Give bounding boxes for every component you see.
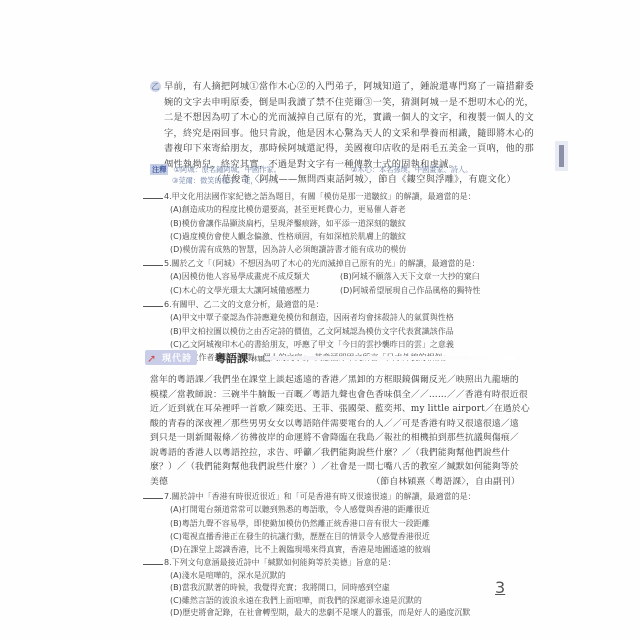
option-b: (B)阿城不願落入天下文章一大抄的窠臼 [340, 270, 510, 283]
note-item: ②木心：本名孫璞，中國畫家、詩人。 [351, 165, 472, 174]
question-stem: 甲文化用法國作家紀德之語為題目，有關「模仿是那一道皺紋」的解讀，最適當的是： [172, 192, 476, 201]
question-stem: 有關甲、乙二文的文意分析，最適當的是： [172, 300, 324, 309]
option-a: (A)因模仿他人容易學成畫虎不成反類犬 [170, 270, 340, 283]
annotation-notes: 注釋 ①阿城：原名鍾阿城，中國作家。 ②木心：本名孫璞，中國畫家、詩人。 ③莞爾… [150, 164, 472, 186]
note-item: ③莞爾：微笑的樣子。莞，ㄨㄢˇ。 [172, 176, 283, 185]
poem-line: 酸的青春的深夜裡／那些男男女女以粵語陪伴需要電台的人／／可是香港有時又很遠很遠／… [150, 417, 520, 432]
poem-line: 麼？）／（我們能夠幫他我們說些什麼？）／社會是一間七嘴八舌的教室／緘默如何能夠等… [150, 460, 520, 475]
question-stem: 關於詩中「香港有時很近很近」和「可是香港有時又很遠很遠」的解讀，最適當的是： [172, 492, 476, 501]
passage-line: 二是不想因為叨了木心的光而滅掉自己原有的光，實識一個人的文字，和複製一個人的文 [150, 110, 520, 126]
option-c: (C)過度模仿會使人觀念偏激、性格頑固，有如深植於肌膚上的皺紋 [143, 230, 476, 243]
passage-line: 書複印下來寄給朋友，那時候阿城還記得，美國複印店收的是兩毛五美金一頁吶，他的那 [150, 141, 520, 157]
option-d: (D)歷史將會記錄，在社會轉型期，最大的悲劇不是壞人的囂張，而是好人的過度沉默 [143, 607, 470, 620]
answer-blank[interactable] [143, 564, 163, 565]
poem-title: 粵語課 [215, 350, 248, 366]
poem-line: 當年的粵語課／我們坐在課堂上談起遙遠的香港／黑卸的方框眼鏡偶爾反光／映照出九龍塘… [150, 373, 520, 388]
side-tab-marker [559, 145, 564, 167]
poem-line: 說粵語的香港人以粵語控拉，求告、呼籲／我們能夠說些什麼？／（我們能夠幫他們說些什 [150, 446, 520, 461]
page-number: 3 [495, 578, 505, 597]
question-4: 4.甲文化用法國作家紀德之語為題目，有關「模仿是那一道皺紋」的解讀，最適當的是：… [143, 190, 476, 256]
option-a: (A)甲文中覃子豪認為作詩應避免模仿和創造，因兩者均會抹殺詩人的氣質與性格 [143, 311, 454, 324]
option-d: (D)模仿需有成熟的智慧，因為詩人必須飽讀詩書才能有成功的模仿 [143, 243, 476, 256]
option-a: (A)打開電台頻道常常可以聽到熟悉的粵語歌，令人感覺與香港的距離很近 [143, 503, 476, 516]
poem-line: 到只是一則新聞報條／彷彿彼岸的命運將不會降臨在我島／報社的相機拍到那些抗議與傷痕… [150, 431, 520, 446]
answer-blank[interactable] [143, 306, 163, 307]
option-b: (B)模仿會讓作品顯淡扁朽，呈現斧鑿痕跡，如平添一道深刻的皺紋 [143, 217, 476, 230]
answer-blank[interactable] [143, 498, 163, 499]
answer-blank[interactable] [143, 265, 163, 266]
question-7: 7.關於詩中「香港有時很近很近」和「可是香港有時又很遠很遠」的解讀，最適當的是：… [143, 490, 476, 556]
note-item: ①阿城：原名鍾阿城，中國作家。 [174, 164, 349, 175]
question-stem: 關於乙文「（阿城）不想因為叨了木心的光而滅掉自己原有的光」的解讀，最適當的是： [172, 259, 480, 268]
option-b: (B)甲文柏拉圖以模仿之由否定詩的價值，乙文阿城認為模仿文字代表賞識該作品 [143, 325, 454, 338]
option-b: (B)當我沉默著的時候，我覺得充實；我將開口，同時感到空虛 [143, 582, 470, 595]
option-a: (A)創造成功的程度比模仿還要高，甚至更耗費心力，更易催人蒼老 [143, 203, 476, 216]
poem-body: 當年的粵語課／我們坐在課堂上談起遙遠的香港／黑卸的方框眼鏡偶爾反光／映照出九龍塘… [150, 373, 520, 489]
question-stem: 下列文句意涵最接近詩中「緘默如何能夠等於美德」旨意的是： [172, 558, 396, 567]
question-5: 5.關於乙文「（阿城）不想因為叨了木心的光而滅掉自己原有的光」的解讀，最適當的是… [143, 257, 510, 297]
passage-line: 字，終究是兩回事。他只肯說，他是因木心驚為天人的文采和學養而相識，隨即將木心的 [150, 126, 520, 142]
option-c: (C)電視直播香港正在發生的抗議行動，歷歷在目的情景令人感覺香港很近 [143, 530, 476, 543]
section-pill-label: 現代詩 [162, 351, 192, 364]
notes-tag: 注釋 [150, 164, 168, 175]
textbook-page: 乙早前，有人摘把阿城①當作木心②的入門弟子，阿城知道了，鍾說還專門寫了一篇措辭委… [0, 0, 640, 640]
question-8: 8.下列文句意涵最接近詩中「緘默如何能夠等於美德」旨意的是： (A)淺水是喧嘩的… [143, 557, 470, 620]
option-d: (D)阿城希望展現自己作品風格的獨特性 [340, 284, 510, 297]
option-b: (B)粵語九聲不容易學，即使勤加模仿仍然離正統香港口音有很大一段距離 [143, 517, 476, 530]
answer-blank[interactable] [143, 198, 163, 199]
option-c: (C)木心的文學光環太大讓阿城備感壓力 [170, 284, 340, 297]
passage-line: 乙早前，有人摘把阿城①當作木心②的入門弟子，阿城知道了，鍾說還專門寫了一篇措辭委 [150, 79, 520, 95]
option-a: (A)淺水是喧嘩的，深水是沉默的 [143, 570, 470, 583]
pen-arrow-icon: ➚ [147, 352, 156, 365]
passage-line: 婉的文字去申明原委，倒是叫我讀了禁不住莞爾③一笑，猜測阿城一是不想叨木心的光， [150, 95, 520, 111]
option-c: (C)雖然言語的波浪永遠在我們上面喧嘩，而我們的深處卻永遠是沉默的 [143, 595, 470, 608]
poem-line: 近／近到就在耳朵裡呼一首歌／陳奕迅、王菲、張國榮、藍奕邦、my little a… [150, 402, 520, 417]
poem-line: 美德 [150, 475, 168, 490]
banner-divider [265, 356, 515, 360]
poem-source: （節自林穎熹〈粵語課〉，自由副刊） [371, 475, 520, 490]
passage-label-yi: 乙 [150, 81, 161, 92]
poem-line: 模樣／當教師說：三碗半牛腩飯一百嘅／粵語九聲也會色香味俱全／／……／／香港有時很… [150, 388, 520, 403]
modern-poem-banner: ➚ 現代詩 粵語課 林穎熹 [145, 349, 515, 367]
option-d: (D)在課堂上認識香港，比不上親臨現場來得真實，香港是地圖遙遠的彼端 [143, 543, 476, 556]
side-section-tab [555, 141, 568, 171]
